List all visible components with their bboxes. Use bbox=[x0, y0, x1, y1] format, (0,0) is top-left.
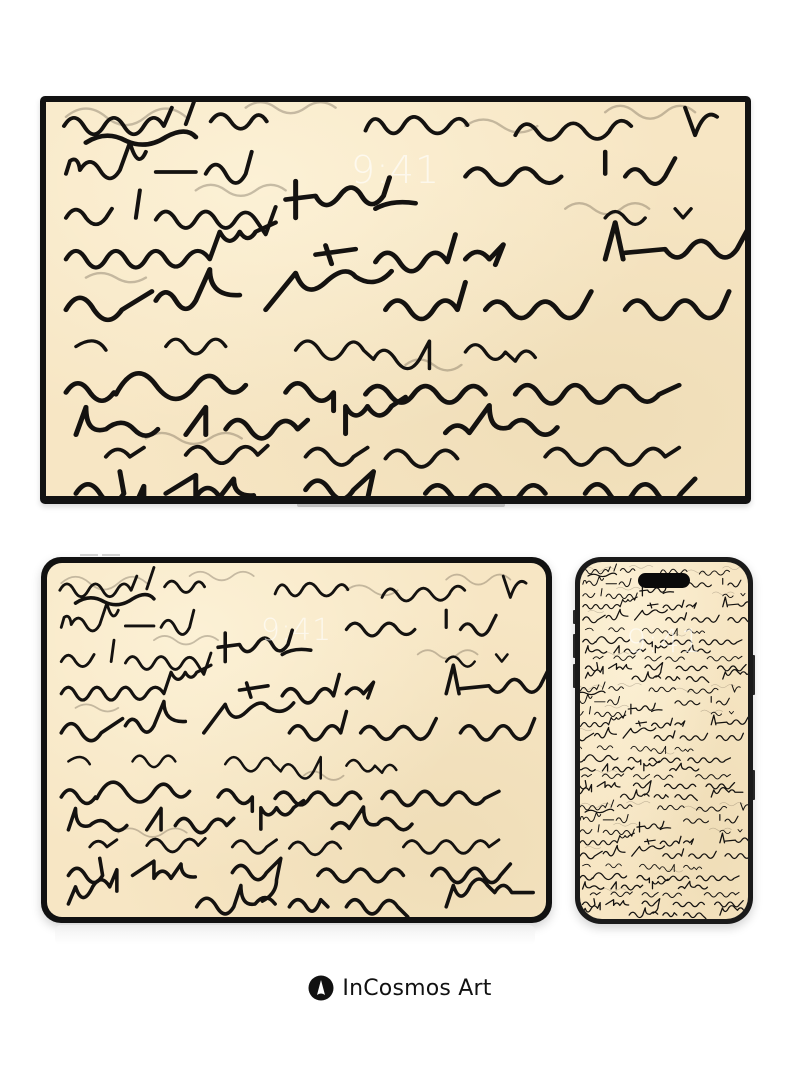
handwriting-pattern bbox=[47, 563, 546, 917]
tablet-side-button bbox=[80, 554, 98, 556]
handwriting-pattern bbox=[46, 102, 745, 496]
phone-screen-wallpaper: 9:41 bbox=[580, 562, 748, 919]
tablet-device: 9:41 bbox=[41, 557, 552, 923]
desktop-monitor: 9:41 bbox=[40, 96, 751, 504]
dynamic-island bbox=[638, 573, 690, 588]
brand-footer: InCosmos Art bbox=[0, 972, 800, 1004]
tablet-screen-wallpaper: 9:41 bbox=[47, 563, 546, 917]
tablet-shadow bbox=[55, 925, 535, 945]
monitor-stand bbox=[297, 504, 505, 507]
tablet-side-button bbox=[102, 554, 120, 556]
monitor-screen-wallpaper: 9:41 bbox=[46, 102, 745, 496]
smartphone-device: 9:41 bbox=[575, 557, 753, 924]
incosmos-logo-icon bbox=[308, 975, 334, 1001]
handwriting-pattern bbox=[580, 562, 748, 919]
brand-name: InCosmos Art bbox=[342, 976, 491, 1001]
